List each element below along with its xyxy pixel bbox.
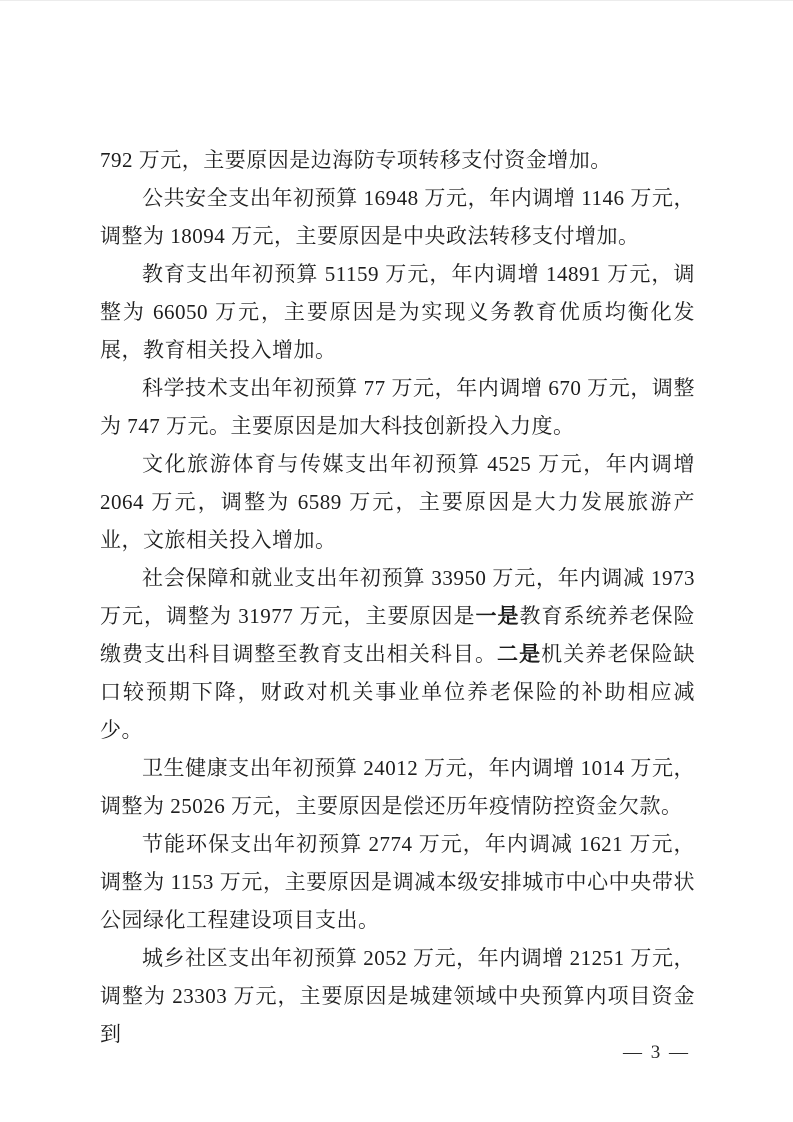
text-run: 城乡社区支出年初预算 2052 万元，年内调增 21251 万元，调整为 233… bbox=[100, 946, 695, 1046]
text-run: 科学技术支出年初预算 77 万元，年内调增 670 万元，调整为 747 万元。… bbox=[100, 376, 695, 438]
text-run: 教育支出年初预算 51159 万元，年内调增 14891 万元，调整为 6605… bbox=[100, 262, 695, 362]
paragraph: 文化旅游体育与传媒支出年初预算 4525 万元，年内调增 2064 万元，调整为… bbox=[100, 445, 695, 559]
paragraph: 城乡社区支出年初预算 2052 万元，年内调增 21251 万元，调整为 233… bbox=[100, 939, 695, 1053]
text-run: 792 万元，主要原因是边海防专项转移支付资金增加。 bbox=[100, 148, 612, 172]
paragraph: 科学技术支出年初预算 77 万元，年内调增 670 万元，调整为 747 万元。… bbox=[100, 369, 695, 445]
document-page: 792 万元，主要原因是边海防专项转移支付资金增加。公共安全支出年初预算 169… bbox=[0, 0, 793, 1122]
text-run: 节能环保支出年初预算 2774 万元，年内调减 1621 万元，调整为 1153… bbox=[100, 832, 695, 932]
paragraph: 公共安全支出年初预算 16948 万元，年内调增 1146 万元，调整为 180… bbox=[100, 179, 695, 255]
text-run: 公共安全支出年初预算 16948 万元，年内调增 1146 万元，调整为 180… bbox=[100, 186, 695, 248]
paragraph: 教育支出年初预算 51159 万元，年内调增 14891 万元，调整为 6605… bbox=[100, 255, 695, 369]
bold-text-run: 二是 bbox=[497, 642, 541, 666]
paragraph: 社会保障和就业支出年初预算 33950 万元，年内调减 1973 万元，调整为 … bbox=[100, 559, 695, 749]
paragraph: 792 万元，主要原因是边海防专项转移支付资金增加。 bbox=[100, 141, 695, 179]
paragraph: 卫生健康支出年初预算 24012 万元，年内调增 1014 万元，调整为 250… bbox=[100, 749, 695, 825]
text-run: 文化旅游体育与传媒支出年初预算 4525 万元，年内调增 2064 万元，调整为… bbox=[100, 452, 695, 552]
page-number: — 3 — bbox=[623, 1042, 690, 1064]
text-run: 卫生健康支出年初预算 24012 万元，年内调增 1014 万元，调整为 250… bbox=[100, 756, 695, 818]
bold-text-run: 一是 bbox=[476, 604, 520, 628]
document-body: 792 万元，主要原因是边海防专项转移支付资金增加。公共安全支出年初预算 169… bbox=[100, 141, 695, 1053]
paragraph: 节能环保支出年初预算 2774 万元，年内调减 1621 万元，调整为 1153… bbox=[100, 825, 695, 939]
